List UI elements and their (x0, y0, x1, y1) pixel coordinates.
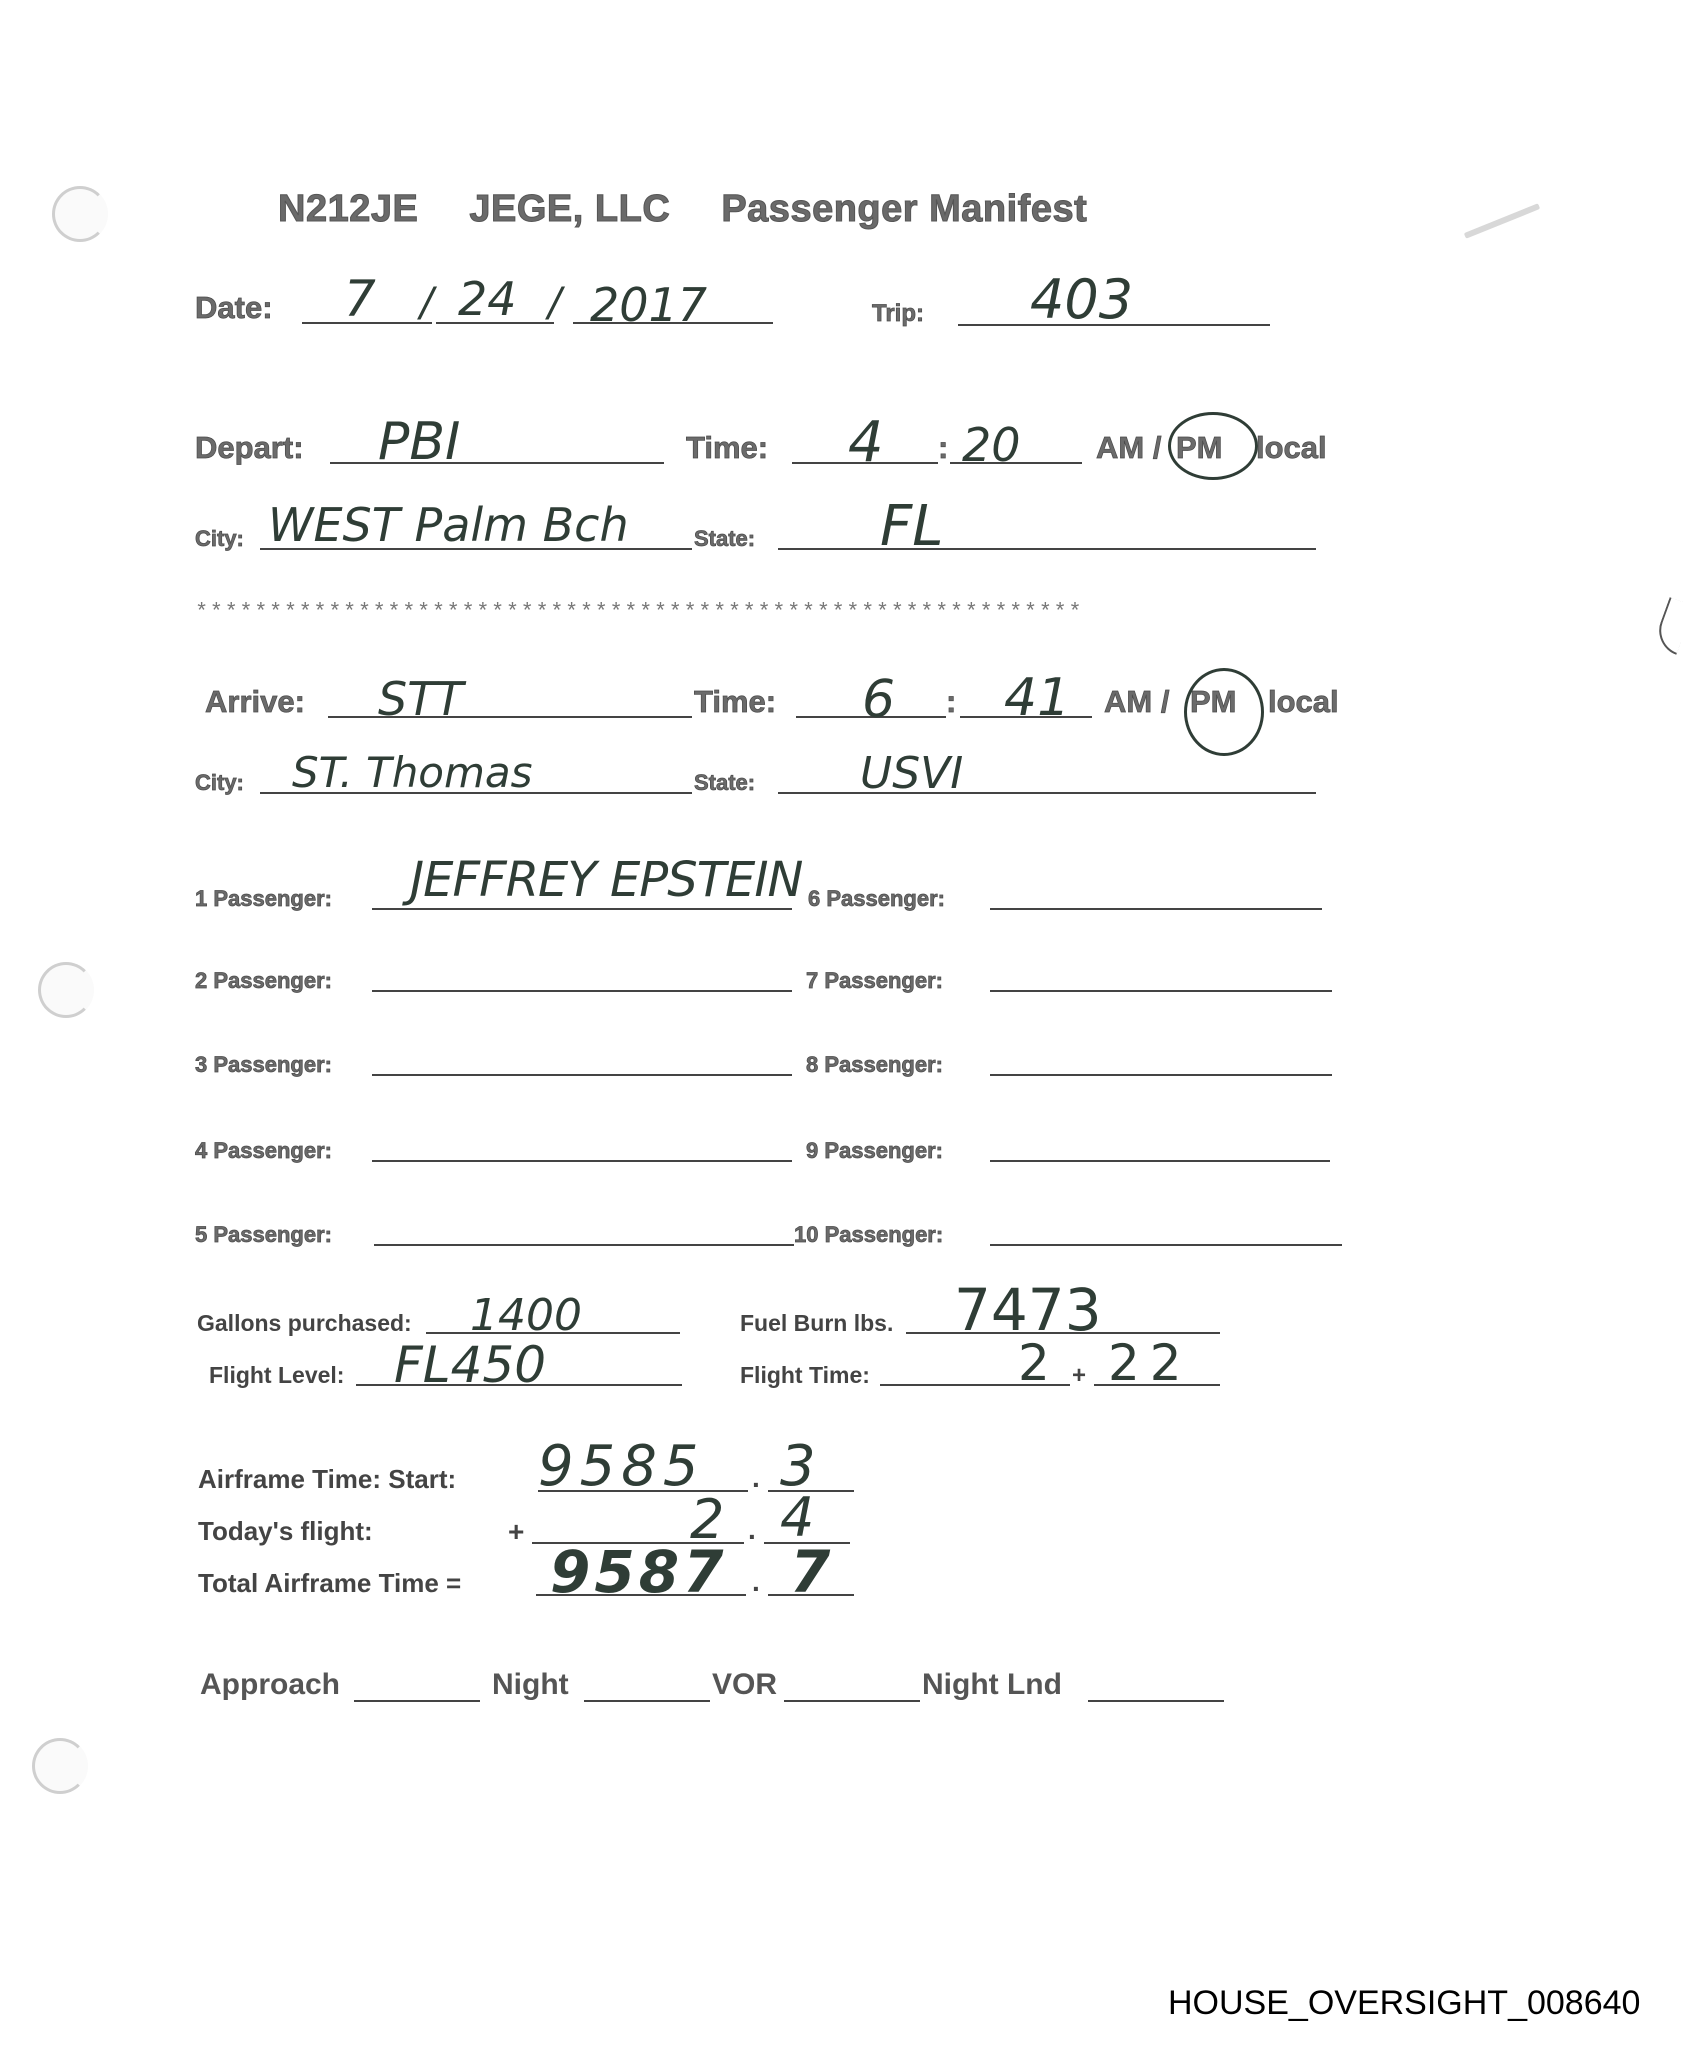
passenger-1-line (372, 908, 792, 910)
depart-airport-value[interactable]: PBI (378, 412, 460, 472)
date-day-value[interactable]: 24 (458, 272, 517, 326)
todays-flight-dot: . (748, 1514, 756, 1546)
passenger-7-label: 7 Passenger: (806, 968, 943, 994)
passenger-8-label: 8 Passenger: (806, 1052, 943, 1078)
slash: / (1161, 684, 1170, 719)
airframe-start-label: Airframe Time: Start: (198, 1464, 456, 1495)
section-separator: ****************************************… (195, 600, 1083, 625)
passenger-8-line (990, 1074, 1332, 1076)
date-label: Date: (195, 290, 273, 326)
passenger-2-line (372, 990, 792, 992)
passenger-2-label: 2 Passenger: (195, 968, 332, 994)
punch-hole-top (52, 186, 108, 242)
total-airframe-decimal-value[interactable]: 7 (790, 1538, 830, 1606)
depart-local-label: local (1256, 430, 1327, 466)
flight-time-label: Flight Time: (740, 1362, 870, 1389)
depart-city-label: City: (195, 526, 244, 552)
trip-value[interactable]: 403 (1030, 268, 1133, 331)
total-airframe-whole-value[interactable]: 9587 (550, 1538, 727, 1606)
bates-number: HOUSE_OVERSIGHT_008640 (1168, 1984, 1640, 2023)
depart-state-value[interactable]: FL (880, 494, 943, 559)
fuel-burn-label: Fuel Burn lbs. (740, 1310, 893, 1337)
passenger-3-label: 3 Passenger: (195, 1052, 332, 1078)
todays-flight-plus: + (508, 1516, 524, 1548)
arrive-airport-value[interactable]: STT (378, 672, 463, 726)
form-header: N212JE JEGE, LLC Passenger Manifest (278, 188, 1127, 231)
depart-label: Depart: (195, 430, 304, 466)
arrive-pm-circle-mark (1184, 668, 1264, 756)
vor-label: VOR (712, 1668, 777, 1702)
passenger-1-value[interactable]: JEFFREY EPSTEIN (410, 852, 802, 908)
passenger-9-label: 9 Passenger: (806, 1138, 943, 1164)
depart-minute-value[interactable]: 20 (962, 418, 1021, 472)
passenger-5-line (374, 1244, 794, 1246)
total-airframe-dot: . (752, 1566, 760, 1598)
flight-level-label: Flight Level: (209, 1362, 344, 1389)
night-label: Night (492, 1668, 569, 1702)
total-airframe-label: Total Airframe Time = (198, 1568, 461, 1599)
passenger-7-line (990, 990, 1332, 992)
arrive-state-line (778, 792, 1316, 794)
arrive-label: Arrive: (205, 684, 305, 720)
passenger-6-label: 6 Passenger: (808, 886, 945, 912)
form-title: Passenger Manifest (721, 188, 1087, 230)
depart-state-label: State: (694, 526, 755, 552)
airframe-start-dot: . (752, 1462, 760, 1494)
scan-mark-edge (1652, 597, 1694, 655)
arrive-time-label: Time: (694, 684, 776, 720)
night-landing-label: Night Lnd (922, 1668, 1062, 1702)
scan-smudge (1464, 203, 1540, 239)
arrive-time-colon: : (946, 684, 956, 720)
passenger-10-label: 10 Passenger: (794, 1222, 943, 1248)
flight-time-separator: + (1072, 1362, 1086, 1390)
slash: / (1153, 430, 1162, 465)
date-separator-1: / (420, 280, 433, 326)
passenger-5-label: 5 Passenger: (195, 1222, 332, 1248)
depart-time-colon: : (938, 430, 948, 466)
night-line[interactable] (584, 1700, 710, 1702)
passenger-10-line (990, 1244, 1342, 1246)
depart-city-value[interactable]: WEST Palm Bch (268, 498, 629, 552)
todays-flight-label: Today's flight: (198, 1516, 373, 1547)
depart-hour-value[interactable]: 4 (848, 410, 884, 475)
depart-state-line (778, 548, 1316, 550)
gallons-value[interactable]: 1400 (470, 1290, 582, 1341)
am-label: AM (1096, 430, 1144, 465)
flight-level-value[interactable]: FL450 (394, 1336, 546, 1394)
passenger-4-label: 4 Passenger: (195, 1138, 332, 1164)
vor-line[interactable] (784, 1700, 920, 1702)
depart-time-label: Time: (686, 430, 768, 466)
date-month-value[interactable]: 7 (344, 270, 376, 328)
approach-label: Approach (200, 1668, 340, 1702)
passenger-6-line (990, 908, 1322, 910)
arrive-minute-value[interactable]: 41 (1004, 668, 1070, 728)
passenger-3-line (372, 1074, 792, 1076)
date-year-value[interactable]: 2017 (590, 278, 707, 332)
depart-am-option[interactable]: AM / (1096, 430, 1161, 466)
approach-line[interactable] (354, 1700, 480, 1702)
arrive-hour-value[interactable]: 6 (862, 670, 895, 730)
am-label: AM (1104, 684, 1152, 719)
punch-hole-bottom (32, 1738, 88, 1794)
arrive-city-value[interactable]: ST. Thomas (292, 748, 533, 797)
flight-time-hours-value[interactable]: 2 (1018, 1334, 1050, 1392)
punch-hole-middle (38, 962, 94, 1018)
airframe-start-whole-value[interactable]: 9585 (538, 1434, 705, 1499)
passenger-1-label: 1 Passenger: (195, 886, 332, 912)
gallons-label: Gallons purchased: (197, 1310, 412, 1337)
date-separator-2: / (548, 280, 561, 326)
arrive-local-label: local (1268, 684, 1339, 720)
trip-label: Trip: (872, 300, 924, 328)
night-landing-line[interactable] (1088, 1700, 1224, 1702)
tail-number: N212JE (278, 188, 418, 230)
arrive-city-label: City: (195, 770, 244, 796)
depart-pm-circle-mark (1168, 412, 1258, 480)
passenger-9-line (990, 1160, 1330, 1162)
company-name: JEGE, LLC (469, 188, 670, 230)
arrive-state-value[interactable]: USVI (860, 748, 963, 799)
flight-time-minutes-value[interactable]: 22 (1108, 1334, 1192, 1392)
arrive-state-label: State: (694, 770, 755, 796)
arrive-am-option[interactable]: AM / (1104, 684, 1169, 720)
passenger-4-line (372, 1160, 792, 1162)
